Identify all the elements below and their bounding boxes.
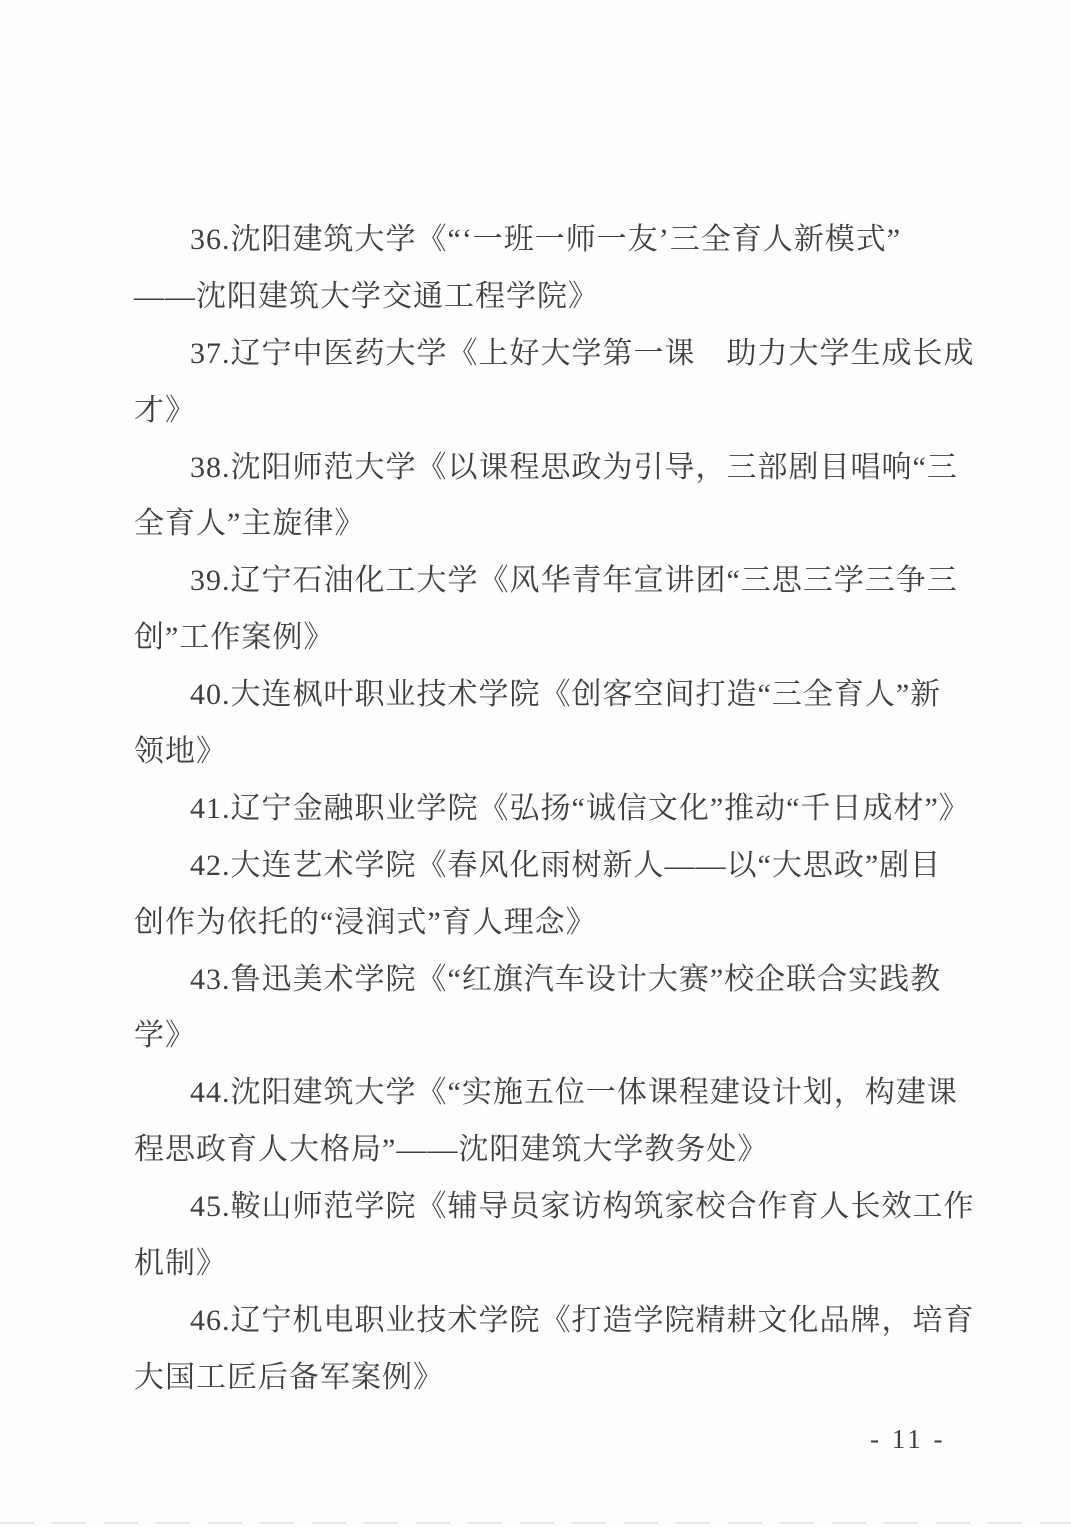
list-item-42: 42.大连艺术学院《春风化雨树新人——以“大思政”剧目 创作为依托的“浸润式”育… xyxy=(134,838,992,952)
list-item-43: 43.鲁迅美术学院《“红旗汽车设计大赛”校企联合实践教 学》 xyxy=(134,952,992,1066)
document-page: 36.沈阳建筑大学《“‘一班一师一友’三全育人新模式” ——沈阳建筑大学交通工程… xyxy=(0,0,1071,1527)
item-41-line-1: 41.辽宁金融职业学院《弘扬“诚信文化”推动“千日成材”》 xyxy=(134,781,992,838)
item-42-line-1: 42.大连艺术学院《春风化雨树新人——以“大思政”剧目 xyxy=(134,838,992,895)
scan-edge-artifact xyxy=(0,1522,1071,1524)
item-39-line-1: 39.辽宁石油化工大学《风华青年宣讲团“三思三学三争三 xyxy=(134,553,992,610)
page-number: - 11 - xyxy=(870,1424,945,1455)
list-item-46: 46.辽宁机电职业技术学院《打造学院精耕文化品牌，培育 大国工匠后备军案例》 xyxy=(134,1293,992,1407)
item-45-line-2: 机制》 xyxy=(134,1236,992,1293)
list-item-39: 39.辽宁石油化工大学《风华青年宣讲团“三思三学三争三 创”工作案例》 xyxy=(134,553,992,667)
item-39-line-2: 创”工作案例》 xyxy=(134,610,992,667)
item-43-line-2: 学》 xyxy=(134,1008,992,1065)
item-44-line-1: 44.沈阳建筑大学《“实施五位一体课程建设计划，构建课 xyxy=(134,1065,992,1122)
item-44-line-2: 程思政育人大格局”——沈阳建筑大学教务处》 xyxy=(134,1122,992,1179)
list-item-41: 41.辽宁金融职业学院《弘扬“诚信文化”推动“千日成材”》 xyxy=(134,781,992,838)
list-item-37: 37.辽宁中医药大学《上好大学第一课 助力大学生成长成 才》 xyxy=(134,326,992,440)
item-38-line-2: 全育人”主旋律》 xyxy=(134,496,992,553)
item-36-line-1: 36.沈阳建筑大学《“‘一班一师一友’三全育人新模式” xyxy=(134,212,992,269)
item-43-line-1: 43.鲁迅美术学院《“红旗汽车设计大赛”校企联合实践教 xyxy=(134,952,992,1009)
item-40-line-1: 40.大连枫叶职业技术学院《创客空间打造“三全育人”新 xyxy=(134,667,992,724)
item-36-line-2: ——沈阳建筑大学交通工程学院》 xyxy=(134,269,992,326)
item-37-line-1: 37.辽宁中医药大学《上好大学第一课 助力大学生成长成 xyxy=(134,326,992,383)
list-item-36: 36.沈阳建筑大学《“‘一班一师一友’三全育人新模式” ——沈阳建筑大学交通工程… xyxy=(134,212,992,326)
list-item-44: 44.沈阳建筑大学《“实施五位一体课程建设计划，构建课 程思政育人大格局”——沈… xyxy=(134,1065,992,1179)
item-42-line-2: 创作为依托的“浸润式”育人理念》 xyxy=(134,895,992,952)
item-46-line-2: 大国工匠后备军案例》 xyxy=(134,1350,992,1407)
list-item-40: 40.大连枫叶职业技术学院《创客空间打造“三全育人”新 领地》 xyxy=(134,667,992,781)
item-37-line-2: 才》 xyxy=(134,383,992,440)
item-40-line-2: 领地》 xyxy=(134,724,992,781)
case-list: 36.沈阳建筑大学《“‘一班一师一友’三全育人新模式” ——沈阳建筑大学交通工程… xyxy=(134,212,992,1407)
list-item-45: 45.鞍山师范学院《辅导员家访构筑家校合作育人长效工作 机制》 xyxy=(134,1179,992,1293)
item-46-line-1: 46.辽宁机电职业技术学院《打造学院精耕文化品牌，培育 xyxy=(134,1293,992,1350)
list-item-38: 38.沈阳师范大学《以课程思政为引导，三部剧目唱响“三 全育人”主旋律》 xyxy=(134,440,992,554)
item-38-line-1: 38.沈阳师范大学《以课程思政为引导，三部剧目唱响“三 xyxy=(134,440,992,497)
item-45-line-1: 45.鞍山师范学院《辅导员家访构筑家校合作育人长效工作 xyxy=(134,1179,992,1236)
